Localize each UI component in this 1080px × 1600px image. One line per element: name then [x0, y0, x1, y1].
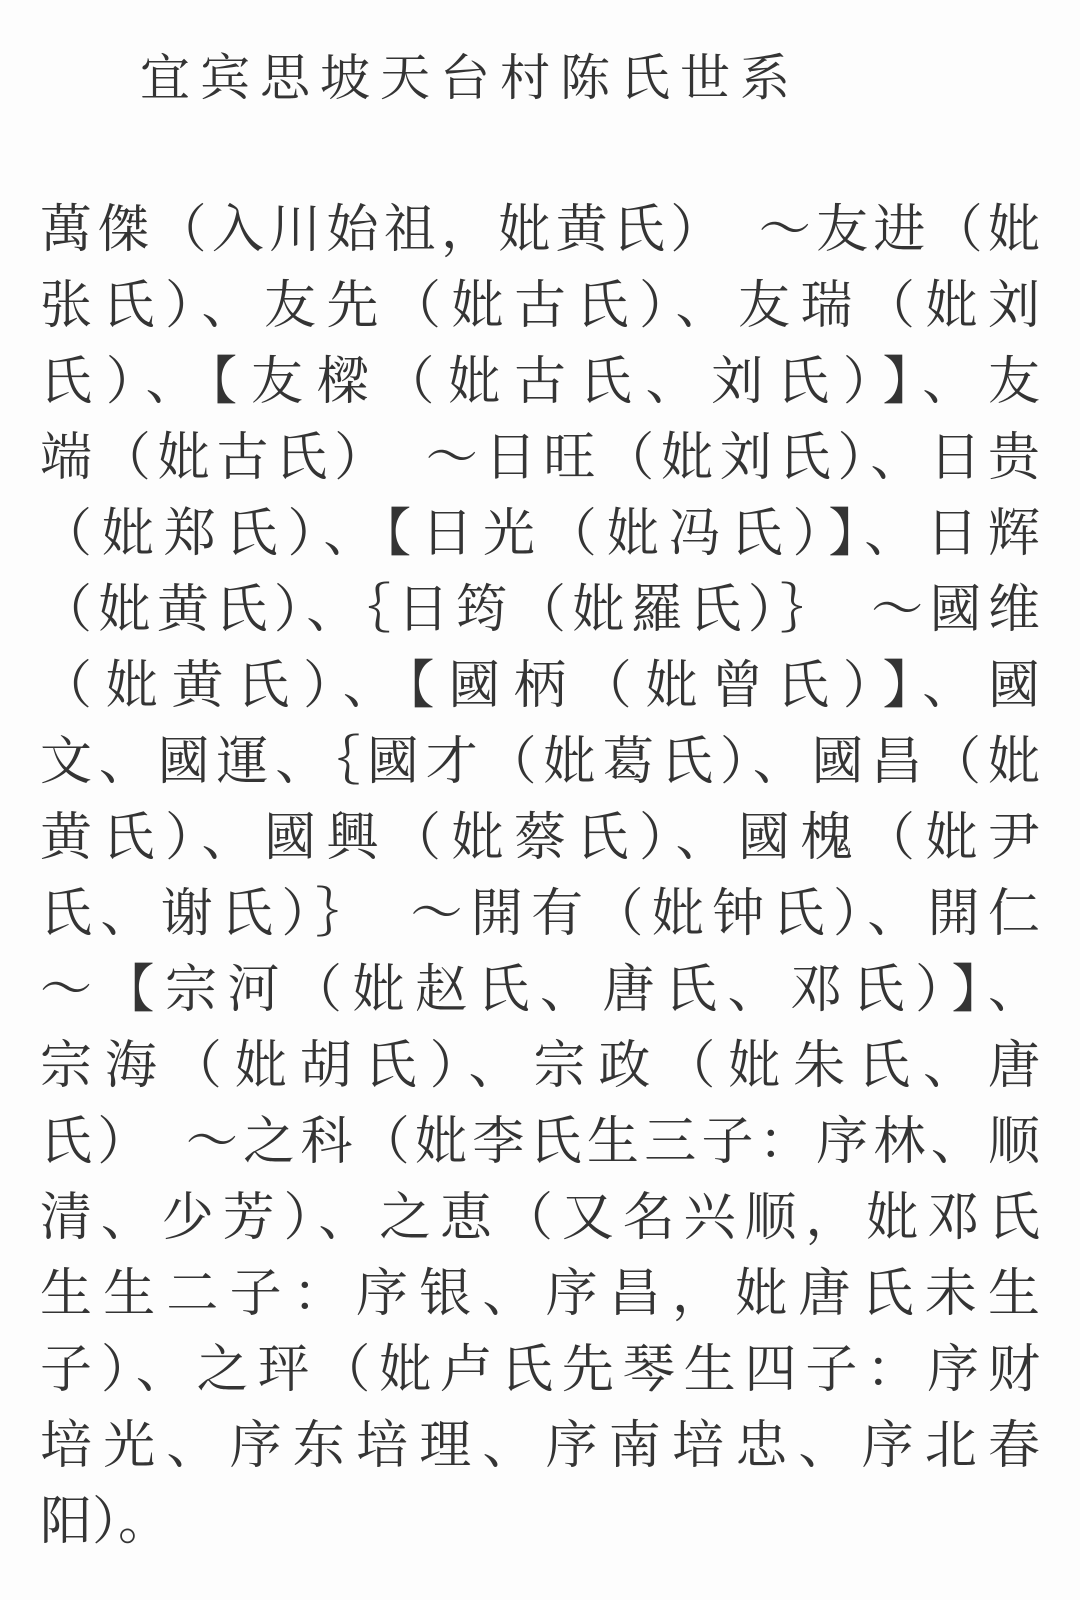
text-line: ～【宗河（妣赵氏、唐氏、邓氏）】、 [40, 952, 1040, 1028]
text-line: 阳）。 [40, 1484, 1040, 1560]
document-title: 宜宾思坡天台村陈氏世系 [40, 40, 1040, 116]
text-line: （妣黄氏）、｛日筠（妣羅氏）｝ ～國维 [40, 572, 1040, 648]
text-line: 萬傑（入川始祖，妣黄氏） ～友进（妣 [40, 192, 1040, 268]
text-line: （妣郑氏）、【日光（妣冯氏）】、日辉 [40, 496, 1040, 572]
text-line: 氏） ～之科（妣李氏生三子：序林、顺 [40, 1104, 1040, 1180]
text-line: 培光、序东培理、序南培忠、序北春 [40, 1408, 1040, 1484]
text-line: 清、少芳）、之恵（又名兴顺，妣邓氏 [40, 1180, 1040, 1256]
text-line: 氏、谢氏）｝ ～開有（妣钟氏）、開仁 [40, 876, 1040, 952]
document-content: 宜宾思坡天台村陈氏世系 萬傑（入川始祖，妣黄氏） ～友进（妣 张氏）、友先（妣古… [0, 0, 1080, 1560]
body-text: 萬傑（入川始祖，妣黄氏） ～友进（妣 张氏）、友先（妣古氏）、友瑞（妣刘 氏）、… [40, 192, 1040, 1560]
text-line: 子）、之玶（妣卢氏先琴生四子：序财 [40, 1332, 1040, 1408]
document-page: 宜宾思坡天台村陈氏世系 萬傑（入川始祖，妣黄氏） ～友进（妣 张氏）、友先（妣古… [0, 0, 1080, 1600]
text-line: 端（妣古氏） ～日旺（妣刘氏）、日贵 [40, 420, 1040, 496]
text-line: 文、國運、｛國才（妣葛氏）、國昌（妣 [40, 724, 1040, 800]
text-line: 宗海（妣胡氏）、宗政（妣朱氏、唐 [40, 1028, 1040, 1104]
text-line: （妣黄氏）、【國柄（妣曾氏）】、國 [40, 648, 1040, 724]
text-line: 张氏）、友先（妣古氏）、友瑞（妣刘 [40, 268, 1040, 344]
text-line: 黄氏）、國興（妣蔡氏）、國槐（妣尹 [40, 800, 1040, 876]
text-line: 生生二子：序银、序昌，妣唐氏未生 [40, 1256, 1040, 1332]
text-line: 氏）、【友樑（妣古氏、刘氏）】、友 [40, 344, 1040, 420]
